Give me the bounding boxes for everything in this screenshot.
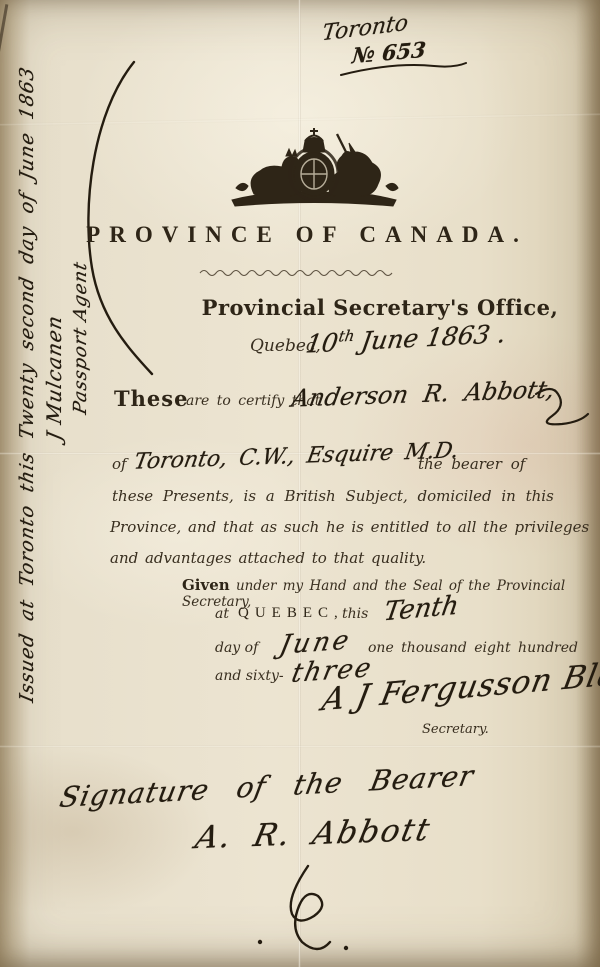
page-title: PROVINCE OF CANADA. (0, 222, 600, 248)
title-rule (198, 266, 394, 278)
docket-underline-flourish (338, 58, 470, 80)
given-place: QUEBEC, (238, 605, 344, 622)
body-line1-end: the bearer of (418, 455, 525, 473)
given-day-of: day of (215, 640, 258, 656)
given-year-printed: one thousand eight hundred (368, 640, 578, 656)
given-day-hand: Tenth (382, 590, 461, 627)
margin-note-line1: Issued at Toronto this Twenty second day… (16, 65, 38, 705)
fold-crease (0, 745, 600, 748)
secretary-label: Secretary. (422, 722, 489, 737)
body-line4: and advantages attached to that quality. (110, 549, 426, 567)
body-line2: these Presents, is a British Subject, do… (112, 487, 554, 505)
given-lead-word: Given (182, 576, 230, 594)
office-line: Provincial Secretary's Office, (160, 295, 600, 320)
body-line3: Province, and that as such he is entitle… (110, 518, 589, 536)
given-this: this (342, 606, 368, 622)
body-line1-of: of (112, 455, 127, 473)
bottom-monogram-flourish (244, 862, 366, 962)
paper-edge-mark (0, 4, 8, 54)
margin-note-signature: J Mulcanen (42, 313, 66, 443)
body-hand-insert: Toronto, C.W., Esquire M.D. (132, 438, 461, 474)
bearer-signature-label: Signature of the Bearer (57, 759, 477, 814)
bearer-signature: A. R. Abbott (192, 812, 434, 856)
royal-arms-icon (226, 126, 402, 210)
certificate-document: Toronto № 653 Issued at Toronto this Twe… (0, 0, 600, 967)
office-date-handwritten: 10th June 1863 . (305, 319, 506, 360)
margin-note: Issued at Toronto this Twenty second day… (16, 37, 91, 702)
bearer-name-handwritten: Anderson R. Abbott, (290, 375, 557, 412)
given-at: at (215, 606, 229, 622)
certify-lead-word: These (114, 386, 188, 411)
name-flourish (528, 384, 592, 434)
given-and-sixty: and sixty- (215, 668, 284, 684)
margin-bracket-flourish (82, 58, 170, 380)
